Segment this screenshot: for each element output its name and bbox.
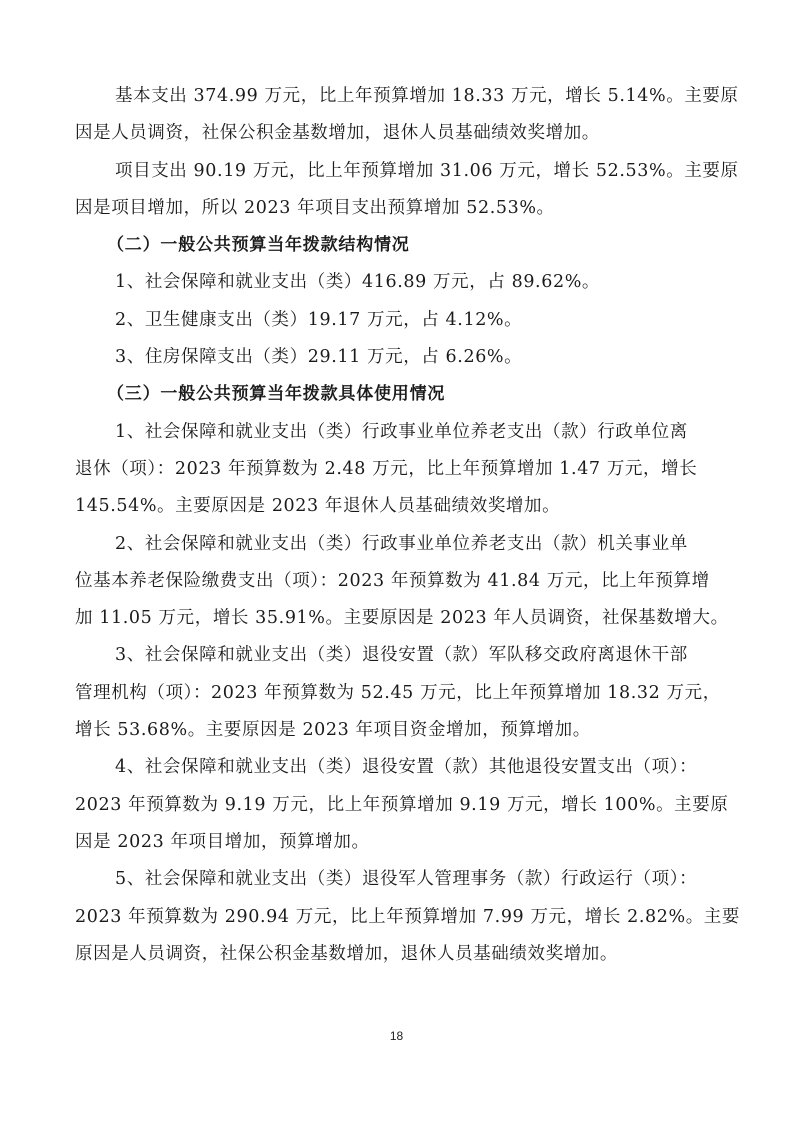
text-line: 2023 年预算数为 9.19 万元，比上年预算增加 9.19 万元，增长 10… [75,787,707,824]
paragraph-structure-item-2: 2、卫生健康支出（类）19.17 万元，占 4.12%。 [75,302,707,339]
text-line: 2023 年预算数为 290.94 万元，比上年预算增加 7.99 万元，增长 … [75,899,707,936]
paragraph-usage-item-3: 3、社会保障和就业支出（类）退役安置（款）军队移交政府离退休干部 管理机构（项）… [75,637,707,749]
text-line: 3、住房保障支出（类）29.11 万元，占 6.26%。 [75,339,707,376]
section-heading-2: （二）一般公共预算当年拨款结构情况 [75,227,707,264]
text-line: 2、社会保障和就业支出（类）行政事业单位养老支出（款）机关事业单 [75,526,707,563]
paragraph-project-expenditure: 项目支出 90.19 万元，比上年预算增加 31.06 万元，增长 52.53%… [75,153,707,228]
text-line: 5、社会保障和就业支出（类）退役军人管理事务（款）行政运行（项）： [75,861,707,898]
text-line: 管理机构（项）：2023 年预算数为 52.45 万元，比上年预算增加 18.3… [75,675,707,712]
text-line: 原因是人员调资，社保公积金基数增加，退休人员基础绩效奖增加。 [75,936,707,973]
text-line: 1、社会保障和就业支出（类）416.89 万元，占 89.62%。 [75,264,707,301]
paragraph-usage-item-4: 4、社会保障和就业支出（类）退役安置（款）其他退役安置支出（项）： 2023 年… [75,749,707,861]
paragraph-usage-item-1: 1、社会保障和就业支出（类）行政事业单位养老支出（款）行政单位离 退休（项）：2… [75,414,707,526]
paragraph-structure-item-3: 3、住房保障支出（类）29.11 万元，占 6.26%。 [75,339,707,376]
paragraph-structure-item-1: 1、社会保障和就业支出（类）416.89 万元，占 89.62%。 [75,264,707,301]
text-line: 退休（项）：2023 年预算数为 2.48 万元，比上年预算增加 1.47 万元… [75,451,707,488]
paragraph-basic-expenditure: 基本支出 374.99 万元，比上年预算增加 18.33 万元，增长 5.14%… [75,78,707,153]
text-line: 加 11.05 万元，增长 35.91%。主要原因是 2023 年人员调资，社保… [75,600,707,637]
paragraph-usage-item-2: 2、社会保障和就业支出（类）行政事业单位养老支出（款）机关事业单 位基本养老保险… [75,526,707,638]
text-line: 2、卫生健康支出（类）19.17 万元，占 4.12%。 [75,302,707,339]
text-line: 4、社会保障和就业支出（类）退役安置（款）其他退役安置支出（项）： [75,749,707,786]
text-line: 基本支出 374.99 万元，比上年预算增加 18.33 万元，增长 5.14%… [75,78,707,115]
text-line: 因是 2023 年项目增加，预算增加。 [75,824,707,861]
text-line: 1、社会保障和就业支出（类）行政事业单位养老支出（款）行政单位离 [75,414,707,451]
text-line: 项目支出 90.19 万元，比上年预算增加 31.06 万元，增长 52.53%… [75,153,707,190]
section-heading-3: （三）一般公共预算当年拨款具体使用情况 [75,376,707,413]
text-line: 位基本养老保险缴费支出（项）：2023 年预算数为 41.84 万元，比上年预算… [75,563,707,600]
document-body: 基本支出 374.99 万元，比上年预算增加 18.33 万元，增长 5.14%… [75,78,707,973]
paragraph-usage-item-5: 5、社会保障和就业支出（类）退役军人管理事务（款）行政运行（项）： 2023 年… [75,861,707,973]
text-line: 增长 53.68%。主要原因是 2023 年项目资金增加，预算增加。 [75,712,707,749]
page-number: 18 [0,1029,793,1043]
text-line: 3、社会保障和就业支出（类）退役安置（款）军队移交政府离退休干部 [75,637,707,674]
text-line: 因是人员调资，社保公积金基数增加，退休人员基础绩效奖增加。 [75,115,707,152]
text-line: 145.54%。主要原因是 2023 年退休人员基础绩效奖增加。 [75,488,707,525]
text-line: 因是项目增加，所以 2023 年项目支出预算增加 52.53%。 [75,190,707,227]
